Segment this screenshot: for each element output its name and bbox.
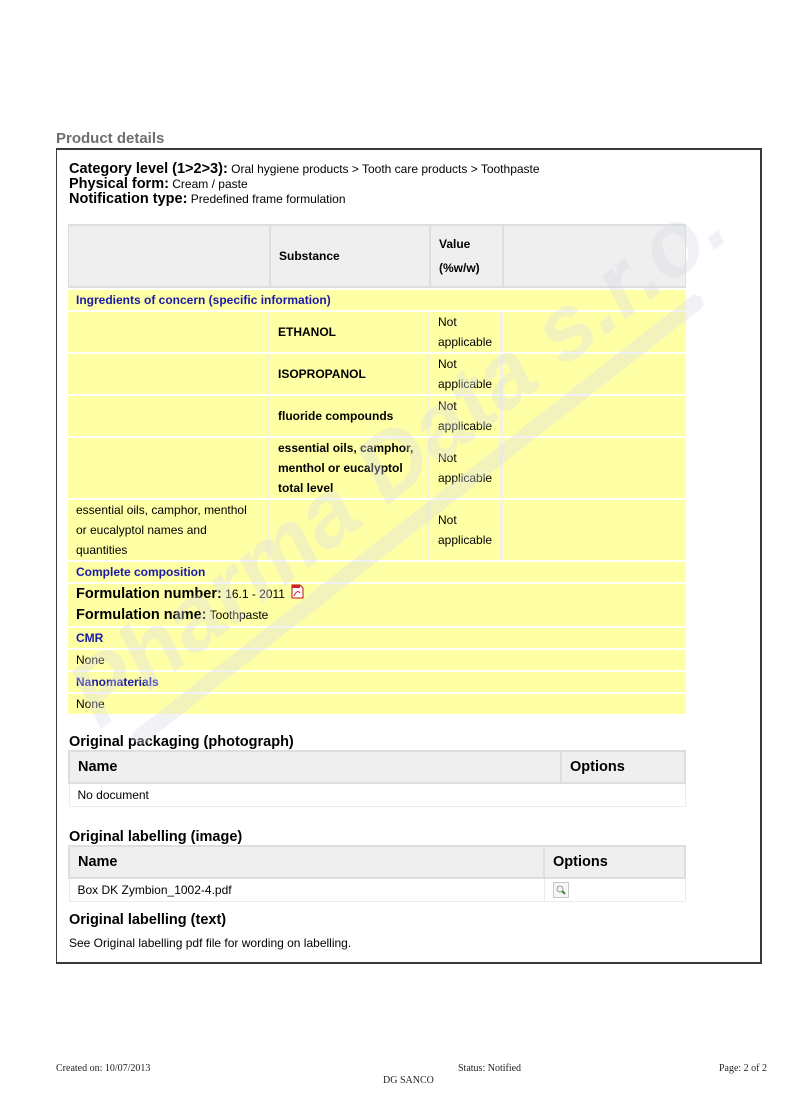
product-meta: Category level (1>2>3): Oral hygiene pro… xyxy=(69,162,540,207)
category-value: Oral hygiene products > Tooth care produ… xyxy=(231,162,539,176)
footer-created-on: Created on: 10/07/2013 xyxy=(56,1063,150,1074)
labelling-options-cell xyxy=(544,878,685,902)
value-line2: applicable xyxy=(438,419,492,433)
notification-type-value: Predefined frame formulation xyxy=(191,192,346,206)
header-substance: Substance xyxy=(270,224,430,288)
row-substance: essential oils, camphor,menthol or eucal… xyxy=(270,438,430,498)
table-row: No document xyxy=(69,783,685,807)
table-row: ISOPROPANOL Notapplicable xyxy=(68,354,686,394)
row-extra xyxy=(503,500,686,560)
formulation-number-value: 16.1 - 2011 xyxy=(225,587,285,601)
col-options: Options xyxy=(561,751,685,783)
row-name xyxy=(68,438,270,498)
packaging-row-name: No document xyxy=(69,783,685,807)
formulation-cell: Formulation number: 16.1 - 2011 Formulat… xyxy=(68,584,686,626)
notification-type-row: Notification type: Predefined frame form… xyxy=(69,192,540,207)
original-labelling-image-table: Name Options Box DK Zymbion_1002-4.pdf xyxy=(68,845,686,902)
section-title: Product details xyxy=(56,130,164,147)
nanomaterials-heading: Nanomaterials xyxy=(68,672,686,692)
physical-form-value: Cream / paste xyxy=(172,177,247,191)
value-line1: Not xyxy=(438,357,457,371)
col-name: Name xyxy=(69,846,544,878)
ingredients-heading-row: Ingredients of concern (specific informa… xyxy=(68,290,686,310)
row-value: Notapplicable xyxy=(430,396,503,436)
cmr-value: None xyxy=(68,650,686,670)
table-header-row: Substance Value(%w/w) xyxy=(68,224,686,288)
nanomaterials-value-row: None xyxy=(68,694,686,714)
labelling-file-name[interactable]: Box DK Zymbion_1002-4.pdf xyxy=(69,878,544,902)
complete-composition-row: Complete composition xyxy=(68,562,686,582)
substance-line: total level xyxy=(278,481,333,495)
row-name: essential oils, camphor, mentholor eucal… xyxy=(68,500,270,560)
cmr-value-row: None xyxy=(68,650,686,670)
value-line1: Not xyxy=(438,315,457,329)
labelling-header-row: Name Options xyxy=(69,846,685,878)
header-value-line2: (%w/w) xyxy=(439,261,480,275)
original-labelling-text: See Original labelling pdf file for word… xyxy=(69,936,351,950)
name-line: or eucalyptol names and quantities xyxy=(76,523,207,557)
row-extra xyxy=(503,396,686,436)
formulation-row: Formulation number: 16.1 - 2011 Formulat… xyxy=(68,584,686,626)
composition-table: Substance Value(%w/w) Ingredients of con… xyxy=(68,222,686,716)
footer-page: Page: 2 of 2 xyxy=(719,1063,767,1074)
row-extra xyxy=(503,312,686,352)
row-extra xyxy=(503,354,686,394)
original-labelling-text-title: Original labelling (text) xyxy=(69,912,226,928)
physical-form-row: Physical form: Cream / paste xyxy=(69,177,540,192)
value-line1: Not xyxy=(438,399,457,413)
header-value-line1: Value xyxy=(439,237,470,251)
col-options: Options xyxy=(544,846,685,878)
value-line2: applicable xyxy=(438,533,492,547)
table-row: fluoride compounds Notapplicable xyxy=(68,396,686,436)
header-extra xyxy=(503,224,686,288)
row-name xyxy=(68,312,270,352)
row-substance xyxy=(270,500,430,560)
original-labelling-image-title: Original labelling (image) xyxy=(69,829,242,845)
row-extra xyxy=(503,438,686,498)
nanomaterials-value: None xyxy=(68,694,686,714)
packaging-header-row: Name Options xyxy=(69,751,685,783)
substance-line: menthol or eucalyptol xyxy=(278,461,403,475)
row-substance: ISOPROPANOL xyxy=(270,354,430,394)
cmr-heading: CMR xyxy=(68,628,686,648)
row-value: Notapplicable xyxy=(430,500,503,560)
value-line2: applicable xyxy=(438,335,492,349)
row-value: Notapplicable xyxy=(430,354,503,394)
cmr-heading-row: CMR xyxy=(68,628,686,648)
header-value: Value(%w/w) xyxy=(430,224,503,288)
formulation-name-value: Toothpaste xyxy=(210,608,269,622)
row-value: Notapplicable xyxy=(430,312,503,352)
product-details-frame: Category level (1>2>3): Oral hygiene pro… xyxy=(56,148,762,964)
original-packaging-table: Name Options No document xyxy=(68,750,686,807)
category-row: Category level (1>2>3): Oral hygiene pro… xyxy=(69,162,540,177)
formulation-name-label: Formulation name: xyxy=(76,607,207,623)
substance-line: essential oils, camphor, xyxy=(278,441,413,455)
value-line1: Not xyxy=(438,451,457,465)
value-line1: Not xyxy=(438,513,457,527)
row-name xyxy=(68,354,270,394)
value-line2: applicable xyxy=(438,471,492,485)
pdf-icon[interactable] xyxy=(291,584,304,599)
category-label: Category level (1>2>3): xyxy=(69,161,228,177)
magnify-icon[interactable] xyxy=(553,882,569,898)
row-substance: fluoride compounds xyxy=(270,396,430,436)
row-value: Notapplicable xyxy=(430,438,503,498)
notification-type-label: Notification type: xyxy=(69,191,187,207)
value-line2: applicable xyxy=(438,377,492,391)
row-substance: ETHANOL xyxy=(270,312,430,352)
complete-composition-heading: Complete composition xyxy=(68,562,686,582)
name-line: essential oils, camphor, menthol xyxy=(76,503,247,517)
original-packaging-title: Original packaging (photograph) xyxy=(69,734,294,750)
table-row: essential oils, camphor, mentholor eucal… xyxy=(68,500,686,560)
footer-org: DG SANCO xyxy=(383,1075,434,1086)
table-row: essential oils, camphor,menthol or eucal… xyxy=(68,438,686,498)
ingredients-heading: Ingredients of concern (specific informa… xyxy=(68,290,686,310)
nanomaterials-heading-row: Nanomaterials xyxy=(68,672,686,692)
table-row: Box DK Zymbion_1002-4.pdf xyxy=(69,878,685,902)
table-row: ETHANOL Notapplicable xyxy=(68,312,686,352)
formulation-number-label: Formulation number: xyxy=(76,586,222,602)
header-name xyxy=(68,224,270,288)
physical-form-label: Physical form: xyxy=(69,176,169,192)
row-name xyxy=(68,396,270,436)
footer-status: Status: Notified xyxy=(458,1063,521,1074)
col-name: Name xyxy=(69,751,561,783)
